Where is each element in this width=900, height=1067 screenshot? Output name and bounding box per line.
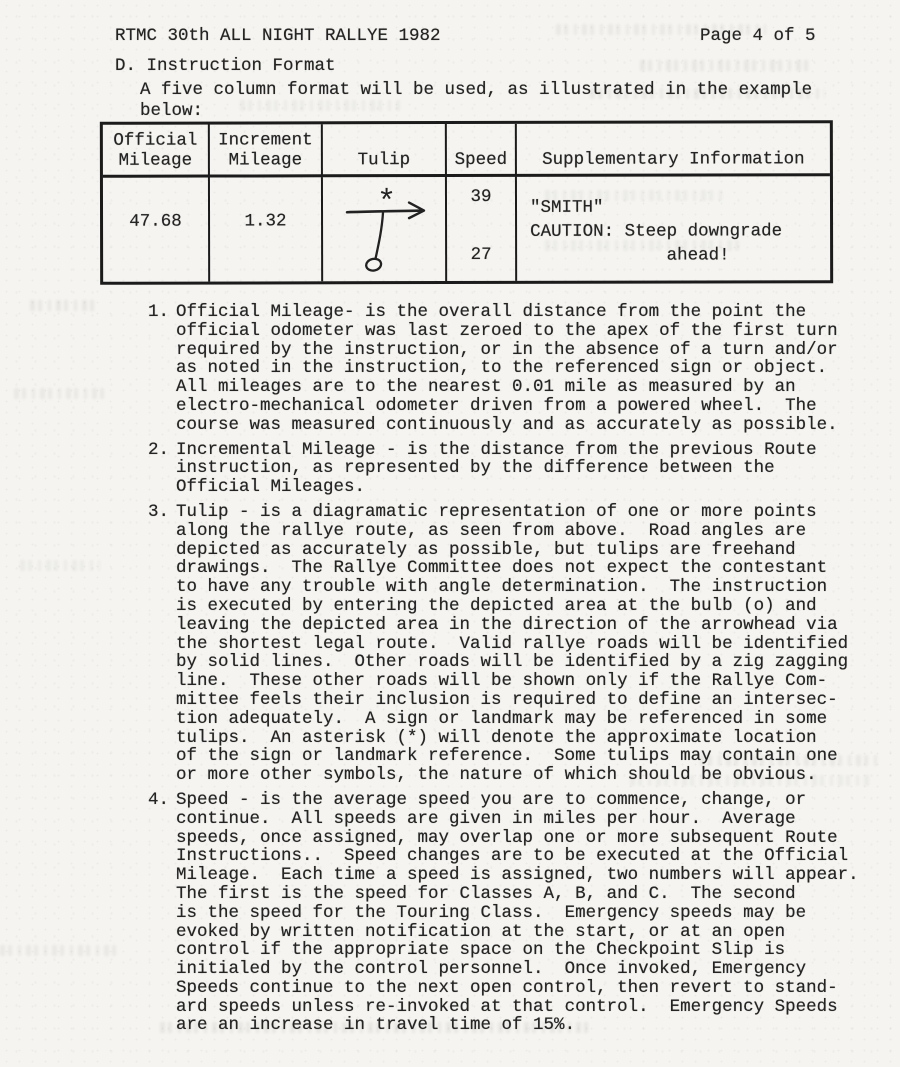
scan-artifact: [14, 388, 109, 399]
intro-paragraph: A five column format will be used, as il…: [140, 80, 812, 121]
instruction-format-table: Official Mileage Increment Mileage Tulip…: [100, 120, 833, 285]
section-heading: D. Instruction Format: [115, 56, 336, 76]
cell-increment-mileage: 1.32: [210, 177, 323, 281]
official-mileage-value: 47.68: [129, 212, 182, 248]
increment-mileage-value: 1.32: [245, 211, 287, 247]
instruction-item-incremental-mileage: 2. Incremental Mileage - is the distance…: [148, 441, 859, 497]
item-text: Tulip - is a diagramatic representation …: [176, 503, 848, 785]
cell-speed: 39 27: [447, 177, 517, 281]
tulip-diagram-icon: *: [324, 178, 443, 280]
speed-classes-abc-value: 39: [470, 187, 491, 207]
item-number: 3.: [148, 503, 176, 785]
item-number: 4.: [148, 791, 176, 1035]
item-text: Incremental Mileage - is the distance fr…: [176, 441, 817, 497]
table-header-increment-mileage: Increment Mileage: [210, 124, 323, 177]
item-number: 1.: [148, 303, 176, 435]
instruction-item-speed: 4. Speed - is the average speed you are …: [148, 791, 859, 1035]
table-header-official-mileage: Official Mileage: [103, 125, 210, 178]
speed-touring-value: 27: [471, 245, 492, 265]
cell-official-mileage: 47.68: [103, 178, 210, 282]
document-title: RTMC 30th ALL NIGHT RALLYE 1982: [115, 26, 441, 46]
cell-tulip: *: [323, 177, 447, 281]
tulip-asterisk: *: [376, 184, 395, 221]
instruction-item-official-mileage: 1. Official Mileage- is the overall dist…: [148, 303, 859, 435]
table-header-speed: Speed: [447, 124, 517, 177]
scanned-document-page: RTMC 30th ALL NIGHT RALLYE 1982 Page 4 o…: [0, 0, 900, 1067]
instruction-item-tulip: 3. Tulip - is a diagramatic representati…: [148, 503, 859, 785]
table-header-tulip: Tulip: [323, 124, 447, 177]
table-header-supplementary-information: Supplementary Information: [517, 123, 830, 177]
cell-supplementary-information: "SMITH" CAUTION: Steep downgrade ahead!: [517, 176, 830, 281]
scan-artifact: [640, 60, 810, 71]
item-text: Speed - is the average speed you are to …: [176, 791, 859, 1035]
item-text: Official Mileage- is the overall distanc…: [176, 303, 838, 435]
instruction-list: 1. Official Mileage- is the overall dist…: [148, 303, 859, 1035]
scan-artifact: [30, 300, 100, 311]
item-number: 2.: [148, 441, 176, 497]
scan-artifact: [0, 945, 120, 956]
scan-artifact: [20, 560, 100, 571]
page-number: Page 4 of 5: [700, 26, 816, 46]
